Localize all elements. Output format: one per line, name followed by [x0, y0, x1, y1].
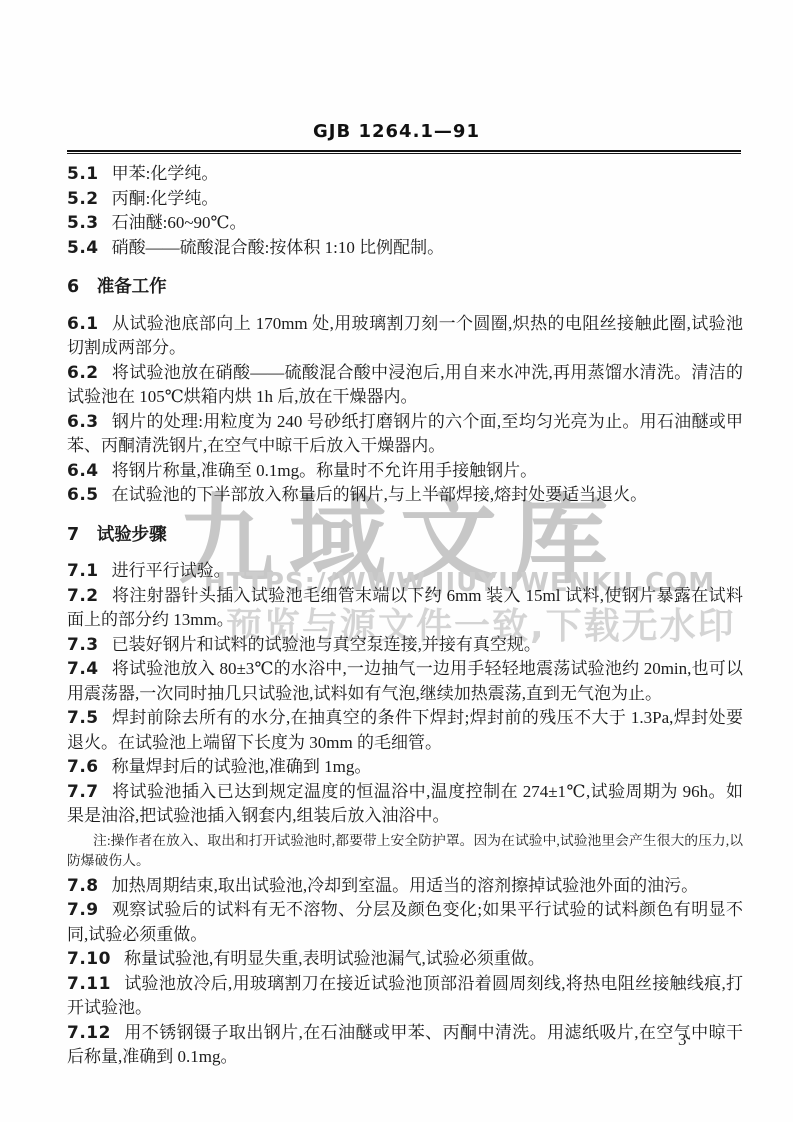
clause-text: 焊封前除去所有的水分,在抽真空的条件下焊封;焊封前的残压不大于 1.3Pa,焊封… [67, 708, 743, 752]
clause-text: 在试验池的下半部放入称量后的钢片,与上半部焊接,熔封处要适当退火。 [112, 485, 648, 504]
clause-number: 6.2 [67, 363, 99, 383]
clause-text: 用不锈钢镊子取出钢片,在石油醚或甲苯、丙酮中清洗。用滤纸吸片,在空气中晾干后称量… [67, 1023, 743, 1067]
page-number: 3 [678, 1030, 687, 1050]
clause-6.3: 6.3钢片的处理:用粒度为 240 号砂纸打磨钢片的六个面,至均匀光亮为止。用石… [67, 410, 743, 459]
clause-5.3: 5.3石油醚:60~90℃。 [67, 211, 743, 236]
clause-7.6: 7.6称量焊封后的试验池,准确到 1mg。 [67, 755, 743, 780]
clause-number: 7.11 [67, 974, 111, 994]
clause-number: 7.12 [67, 1023, 111, 1043]
clause-text: 丙酮:化学纯。 [112, 189, 219, 208]
clause-text: 从试验池底部向上 170mm 处,用玻璃割刀刻一个圆圈,炽热的电阻丝接触此圈,试… [67, 314, 743, 358]
clause-7.12: 7.12用不锈钢镊子取出钢片,在石油醚或甲苯、丙酮中清洗。用滤纸吸片,在空气中晾… [67, 1021, 743, 1070]
clause-text: 硝酸——硫酸混合酸:按体积 1:10 比例配制。 [112, 238, 444, 257]
clause-number: 6 [67, 277, 80, 297]
section-heading-7: 7试验步骤 [67, 523, 743, 548]
clause-number: 7.10 [67, 949, 111, 969]
clause-number: 7.9 [67, 900, 99, 920]
clause-7.9: 7.9观察试验后的试料有无不溶物、分层及颜色变化;如果平行试验的试料颜色有明显不… [67, 898, 743, 947]
document-header: GJB 1264.1—91 [0, 121, 793, 142]
clause-number: 7.3 [67, 635, 99, 655]
document-body: 5.1甲苯:化学纯。5.2丙酮:化学纯。5.3石油醚:60~90℃。5.4硝酸—… [67, 162, 743, 1070]
clause-number: 7.4 [67, 659, 99, 679]
clause-5.2: 5.2丙酮:化学纯。 [67, 187, 743, 212]
clause-7.2: 7.2将注射器针头插入试验池毛细管末端以下约 6mm 装入 15ml 试料,使钢… [67, 584, 743, 633]
clause-number: 6.4 [67, 461, 99, 481]
clause-text: 加热周期结束,取出试验池,冷却到室温。用适当的溶剂擦掉试验池外面的油污。 [112, 876, 699, 895]
clause-number: 6.1 [67, 314, 99, 334]
clause-text: 已装好钢片和试料的试验池与真空泵连接,并接有真空规。 [112, 635, 541, 654]
clause-7.8: 7.8加热周期结束,取出试验池,冷却到室温。用适当的溶剂擦掉试验池外面的油污。 [67, 874, 743, 899]
clause-number: 5.1 [67, 164, 99, 184]
clause-text: 钢片的处理:用粒度为 240 号砂纸打磨钢片的六个面,至均匀光亮为止。用石油醚或… [67, 412, 743, 456]
clause-5.1: 5.1甲苯:化学纯。 [67, 162, 743, 187]
clause-text: 称量焊封后的试验池,准确到 1mg。 [112, 757, 372, 776]
clause-text: 将注射器针头插入试验池毛细管末端以下约 6mm 装入 15ml 试料,使钢片暴露… [67, 586, 743, 630]
clause-number: 7.5 [67, 708, 99, 728]
section-title: 准备工作 [97, 277, 167, 297]
clause-7.7: 7.7将试验池插入已达到规定温度的恒温浴中,温度控制在 274±1℃,试验周期为… [67, 780, 743, 829]
clause-text: 进行平行试验。 [112, 561, 231, 580]
clause-number: 7 [67, 525, 80, 545]
standard-number: GJB 1264.1—91 [0, 121, 793, 142]
clause-6.2: 6.2将试验池放在硝酸——硫酸混合酸中浸泡后,用自来水冲洗,再用蒸馏水清洗。清洁… [67, 361, 743, 410]
clause-7.4: 7.4将试验池放入 80±3℃的水浴中,一边抽气一边用手轻轻地震荡试验池约 20… [67, 657, 743, 706]
clause-7.5: 7.5焊封前除去所有的水分,在抽真空的条件下焊封;焊封前的残压不大于 1.3Pa… [67, 706, 743, 755]
clause-text: 甲苯:化学纯。 [112, 164, 219, 183]
clause-number: 5.4 [67, 238, 99, 258]
clause-text: 观察试验后的试料有无不溶物、分层及颜色变化;如果平行试验的试料颜色有明显不同,试… [67, 900, 743, 944]
clause-number: 7.2 [67, 586, 99, 606]
clause-7.11: 7.11试验池放冷后,用玻璃割刀在接近试验池顶部沿着圆周刻线,将热电阻丝接触线痕… [67, 972, 743, 1021]
clause-6.5: 6.5在试验池的下半部放入称量后的钢片,与上半部焊接,熔封处要适当退火。 [67, 483, 743, 508]
clause-text: 将钢片称量,准确至 0.1mg。称量时不允许用手接触钢片。 [112, 461, 537, 480]
section-heading-6: 6准备工作 [67, 275, 743, 300]
clause-text: 注:操作者在放入、取出和打开试验池时,都要带上安全防护罩。因为在试验中,试验池里… [67, 833, 743, 869]
note-paragraph: 注:操作者在放入、取出和打开试验池时,都要带上安全防护罩。因为在试验中,试验池里… [67, 831, 743, 872]
clause-number: 7.8 [67, 876, 99, 896]
clause-number: 6.5 [67, 485, 99, 505]
clause-number: 5.2 [67, 189, 99, 209]
clause-number: 7.1 [67, 561, 99, 581]
clause-7.1: 7.1进行平行试验。 [67, 559, 743, 584]
clause-7.3: 7.3已装好钢片和试料的试验池与真空泵连接,并接有真空规。 [67, 633, 743, 658]
document-page: 九域文库 HTTPS://WWW.JIUYUWENKU.COM 预览与源文件一致… [0, 0, 793, 1122]
clause-text: 称量试验池,有明显失重,表明试验池漏气,试验必须重做。 [124, 949, 545, 968]
clause-number: 5.3 [67, 213, 99, 233]
clause-5.4: 5.4硝酸——硫酸混合酸:按体积 1:10 比例配制。 [67, 236, 743, 261]
clause-7.10: 7.10称量试验池,有明显失重,表明试验池漏气,试验必须重做。 [67, 947, 743, 972]
clause-text: 石油醚:60~90℃。 [112, 213, 247, 232]
header-rule [67, 150, 741, 154]
clause-number: 6.3 [67, 412, 99, 432]
clause-text: 试验池放冷后,用玻璃割刀在接近试验池顶部沿着圆周刻线,将热电阻丝接触线痕,打开试… [67, 974, 743, 1018]
section-title: 试验步骤 [97, 525, 167, 545]
clause-6.4: 6.4将钢片称量,准确至 0.1mg。称量时不允许用手接触钢片。 [67, 459, 743, 484]
clause-6.1: 6.1从试验池底部向上 170mm 处,用玻璃割刀刻一个圆圈,炽热的电阻丝接触此… [67, 312, 743, 361]
clause-text: 将试验池插入已达到规定温度的恒温浴中,温度控制在 274±1℃,试验周期为 96… [67, 782, 743, 826]
clause-number: 7.6 [67, 757, 99, 777]
clause-text: 将试验池放在硝酸——硫酸混合酸中浸泡后,用自来水冲洗,再用蒸馏水清洗。清洁的试验… [67, 363, 743, 407]
clause-text: 将试验池放入 80±3℃的水浴中,一边抽气一边用手轻轻地震荡试验池约 20min… [67, 659, 743, 703]
clause-number: 7.7 [67, 782, 99, 802]
